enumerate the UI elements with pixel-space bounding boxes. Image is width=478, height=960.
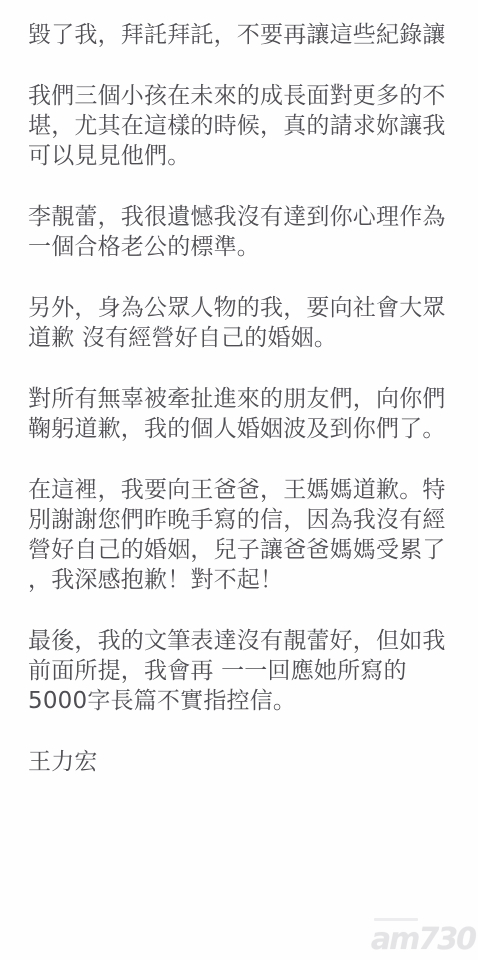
statement-line: 別謝謝您們昨晚手寫的信，因為我沒有經 [28, 505, 454, 535]
statement-paragraph: 毀了我，拜託拜託，不要再讓這些紀錄讓 [28, 20, 454, 50]
signature: 王力宏 [28, 747, 454, 777]
statement-line: 可以見見他們。 [28, 141, 454, 171]
watermark-tagline-bar [374, 918, 418, 921]
watermark-am730: am730 [371, 918, 475, 955]
am730-logo: am730 [371, 925, 475, 955]
statement-line: 我們三個小孩在未來的成長面對更多的不 [28, 81, 454, 111]
statement-line: 堪，尤其在這樣的時候，真的請求妳讓我 [28, 111, 454, 141]
statement-line: 前面所提，我會再 一一回應她所寫的 [28, 656, 454, 686]
statement-line: 道歉 沒有經營好自己的婚姻。 [28, 323, 454, 353]
statement-paragraph: 在這裡，我要向王爸爸，王媽媽道歉。特 別謝謝您們昨晚手寫的信，因為我沒有經 營好… [28, 475, 454, 595]
statement-paragraph: 我們三個小孩在未來的成長面對更多的不 堪，尤其在這樣的時候，真的請求妳讓我 可以… [28, 81, 454, 171]
statement-line: 5000字長篇不實指控信。 [28, 686, 454, 716]
statement-line: 一個合格老公的標準。 [28, 232, 454, 262]
statement-paragraph: 另外，身為公眾人物的我，要向社會大眾 道歉 沒有經營好自己的婚姻。 [28, 293, 454, 353]
statement-paragraph: 最後，我的文筆表達沒有靚蕾好，但如我 前面所提，我會再 一一回應她所寫的 500… [28, 626, 454, 716]
statement-line: 最後，我的文筆表達沒有靚蕾好，但如我 [28, 626, 454, 656]
statement-line: 在這裡，我要向王爸爸，王媽媽道歉。特 [28, 475, 454, 505]
statement-line: 李靚蕾，我很遺憾我沒有達到你心理作為 [28, 202, 454, 232]
statement-line: 毀了我，拜託拜託，不要再讓這些紀錄讓 [28, 20, 454, 50]
signature-name: 王力宏 [28, 747, 454, 777]
statement-line: ，我深感抱歉！對不起！ [28, 565, 454, 595]
statement-line: 另外，身為公眾人物的我，要向社會大眾 [28, 293, 454, 323]
statement-text: 毀了我，拜託拜託，不要再讓這些紀錄讓 我們三個小孩在未來的成長面對更多的不 堪，… [28, 20, 454, 777]
statement-paragraph: 李靚蕾，我很遺憾我沒有達到你心理作為 一個合格老公的標準。 [28, 202, 454, 262]
statement-line: 對所有無辜被牽扯進來的朋友們，向你們 [28, 384, 454, 414]
statement-paragraph: 對所有無辜被牽扯進來的朋友們，向你們 鞠躬道歉，我的個人婚姻波及到你們了。 [28, 384, 454, 444]
statement-line: 營好自己的婚姻，兒子讓爸爸媽媽受累了 [28, 535, 454, 565]
statement-line: 鞠躬道歉，我的個人婚姻波及到你們了。 [28, 414, 454, 444]
